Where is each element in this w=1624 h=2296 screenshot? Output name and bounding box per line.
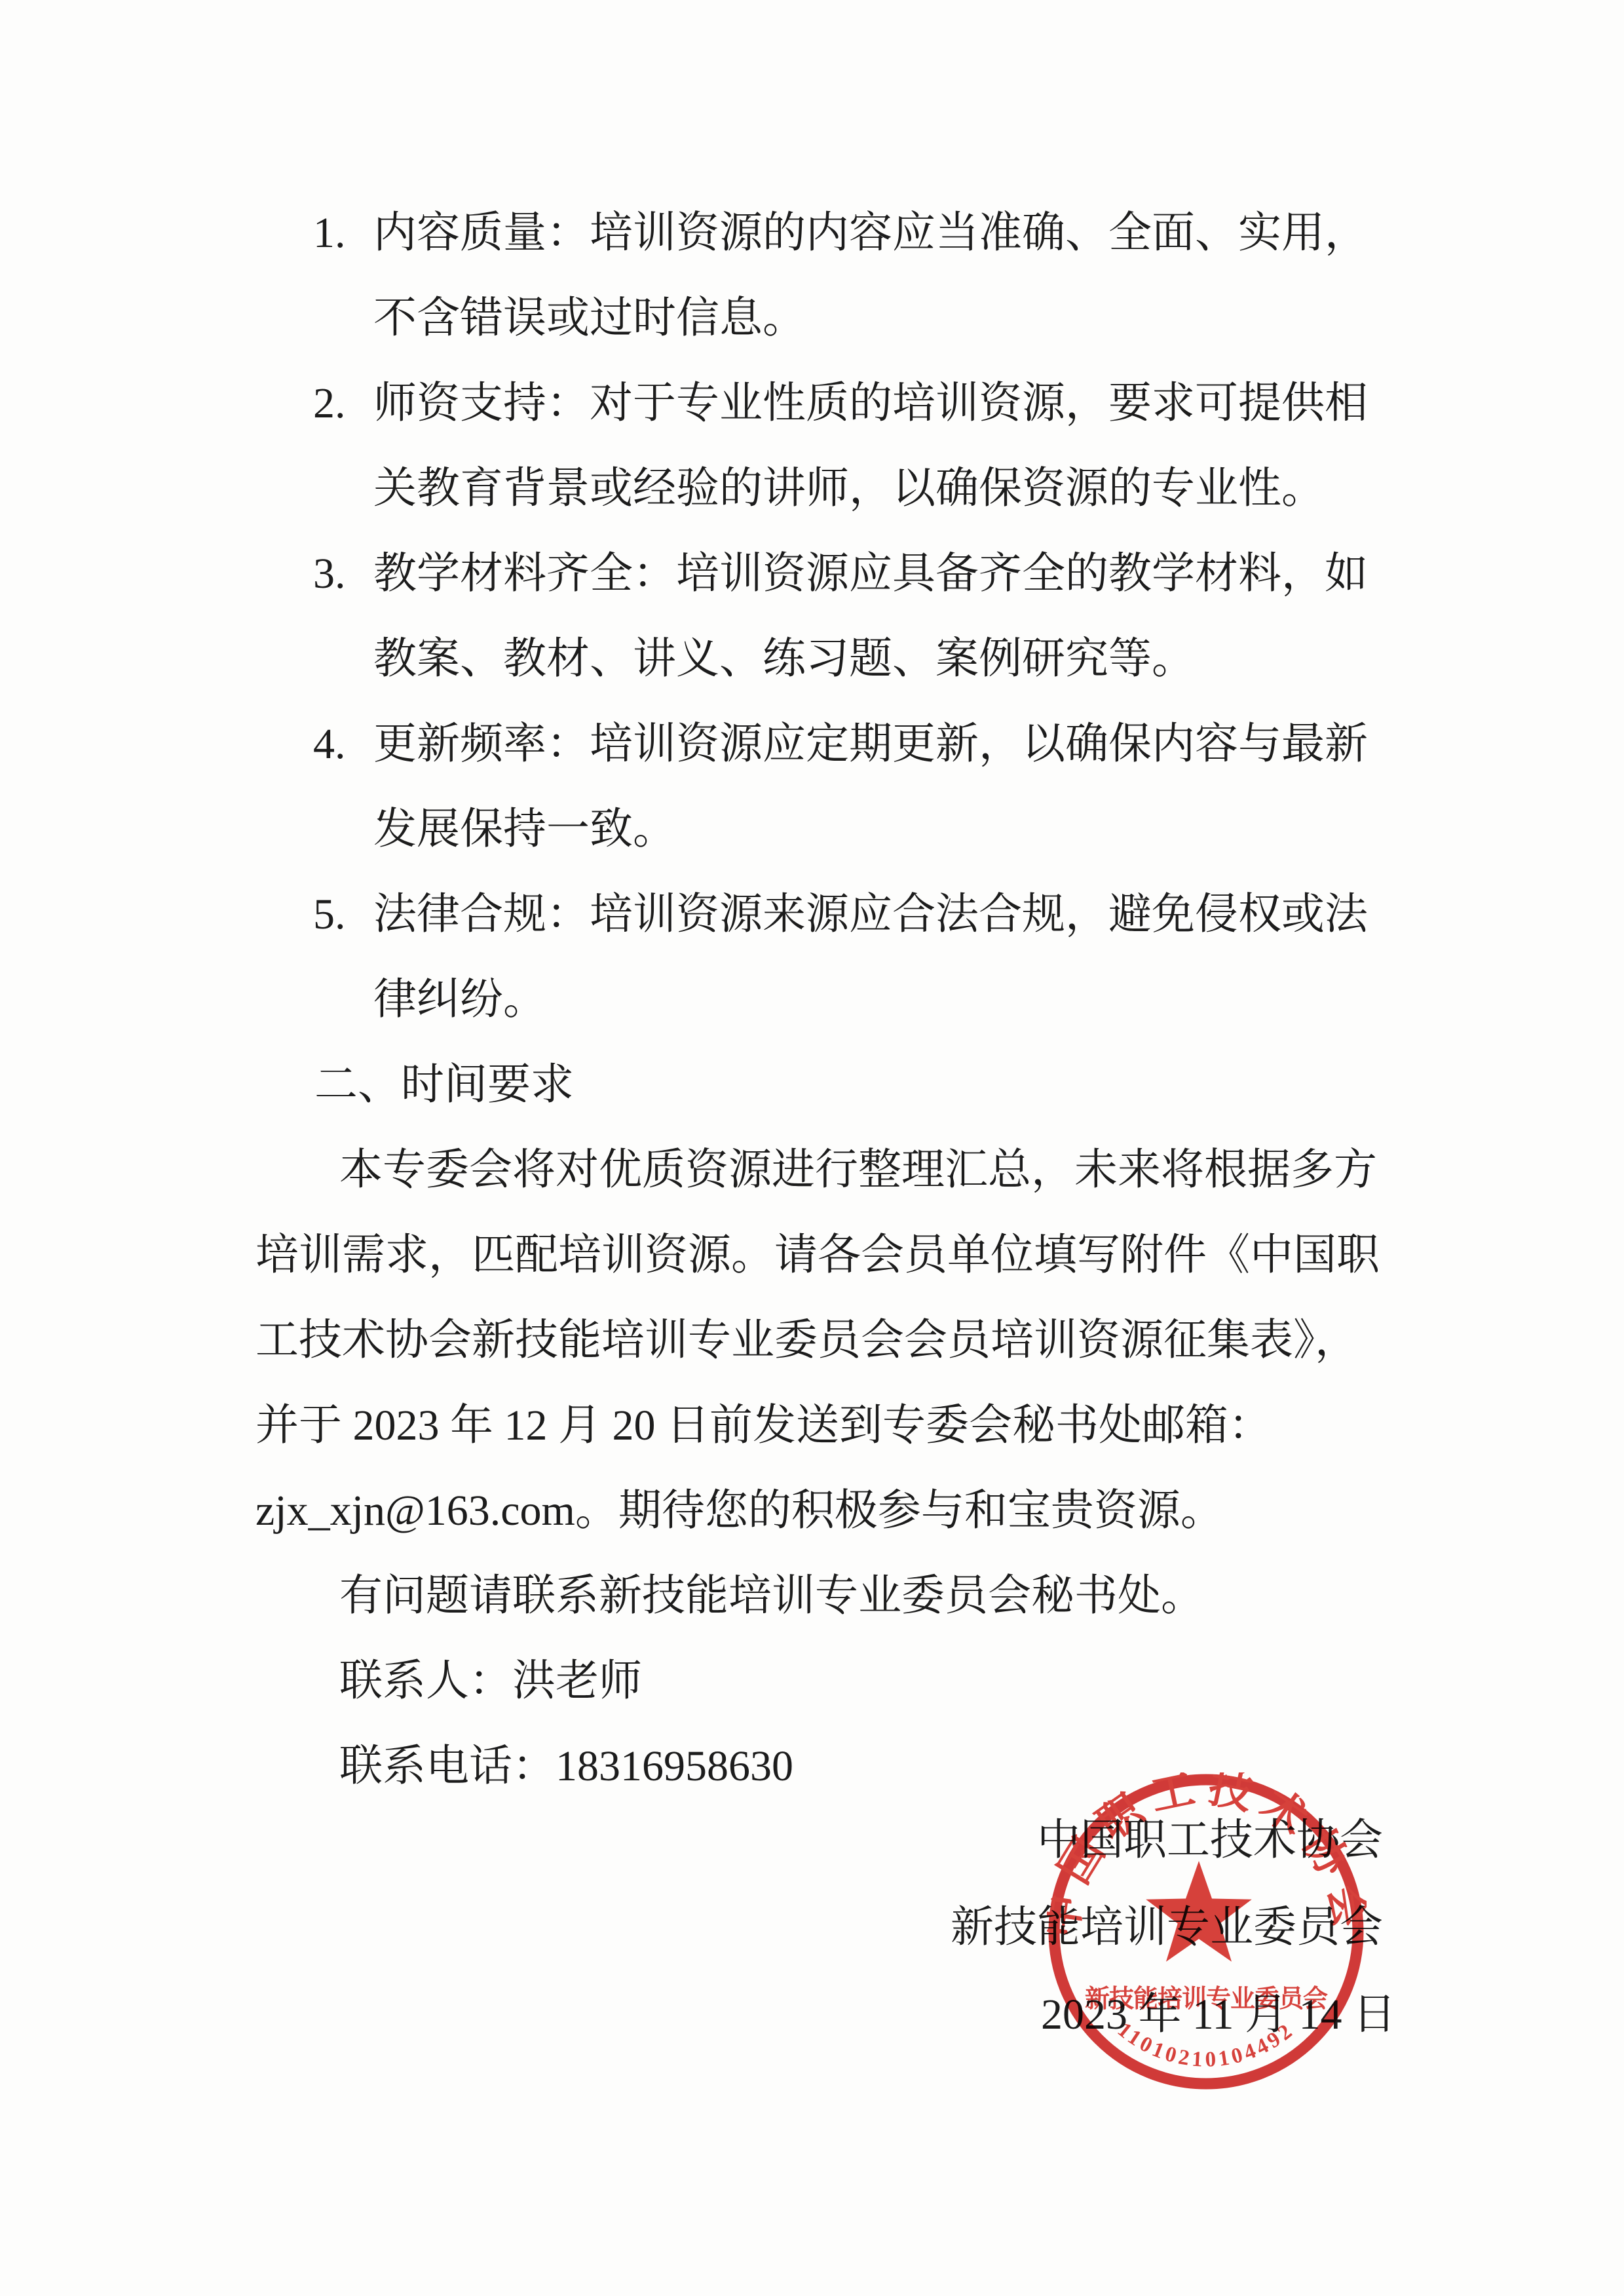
list-item-text: 教学材料齐全：培训资源应具备齐全的教学材料，如 [373,550,1368,598]
paragraph-line: 并于 2023 年 12 月 20 日前发送到专委会秘书处邮箱： [255,1383,1408,1468]
list-item-text: 师资支持：对于专业性质的培训资源，要求可提供相 [373,379,1368,427]
list-item-text: 法律合规：培训资源来源应合法合规，避免侵权或法 [373,890,1368,938]
list-item-2-line-2: 关教育背景或经验的讲师，以确保资源的专业性。 [255,446,1408,531]
list-number: 4. [313,702,373,787]
signature-org-line-1: 中国职工技术协会 [951,1797,1383,1884]
list-item-1-line-2: 不含错误或过时信息。 [255,276,1408,361]
letter-body: 1.内容质量：培训资源的内容应当准确、全面、实用， 不含错误或过时信息。 2.师… [255,191,1408,1809]
list-item-4-line-2: 发展保持一致。 [255,787,1408,872]
list-number: 3. [313,531,373,617]
signature-block: 中国职工技术协会 新技能培训专业委员会 2023 年 11 月 14 日 [951,1797,1383,2058]
paragraph-line: 培训需求，匹配培训资源。请各会员单位填写附件《中国职 [255,1213,1408,1298]
list-item-2-line-1: 2.师资支持：对于专业性质的培训资源，要求可提供相 [255,361,1408,446]
list-item-4-line-1: 4.更新频率：培训资源应定期更新，以确保内容与最新 [255,702,1408,787]
list-number: 1. [313,191,373,276]
list-item-3-line-2: 教案、教材、讲义、练习题、案例研究等。 [255,617,1408,702]
list-number: 2. [313,361,373,446]
section-heading-time-requirements: 二、时间要求 [255,1043,1408,1128]
signature-date: 2023 年 11 月 14 日 [951,1971,1396,2058]
list-item-5-line-1: 5.法律合规：培训资源来源应合法合规，避免侵权或法 [255,872,1408,957]
list-item-3-line-1: 3.教学材料齐全：培训资源应具备齐全的教学材料，如 [255,531,1408,617]
paragraph-line: 本专委会将对优质资源进行整理汇总，未来将根据多方 [255,1128,1408,1213]
list-item-5-line-2: 律纠纷。 [255,957,1408,1043]
contact-person-line: 联系人：洪老师 [255,1639,1408,1724]
paragraph-line-contact-note: 有问题请联系新技能培训专业委员会秘书处。 [255,1554,1408,1639]
scanned-letter-page: { "doc": { "lines": [ { "marker": "1.", … [0,0,1624,2296]
list-item-text: 更新频率：培训资源应定期更新，以确保内容与最新 [373,720,1368,768]
signature-org-line-2: 新技能培训专业委员会 [951,1884,1383,1971]
paragraph-line-email: zjx_xjn@163.com。期待您的积极参与和宝贵资源。 [255,1468,1408,1554]
list-number: 5. [313,872,373,957]
paragraph-line: 工技术协会新技能培训专业委员会会员培训资源征集表》， [255,1298,1408,1383]
list-item-1-line-1: 1.内容质量：培训资源的内容应当准确、全面、实用， [255,191,1408,276]
list-item-text: 内容质量：培训资源的内容应当准确、全面、实用， [373,209,1368,257]
